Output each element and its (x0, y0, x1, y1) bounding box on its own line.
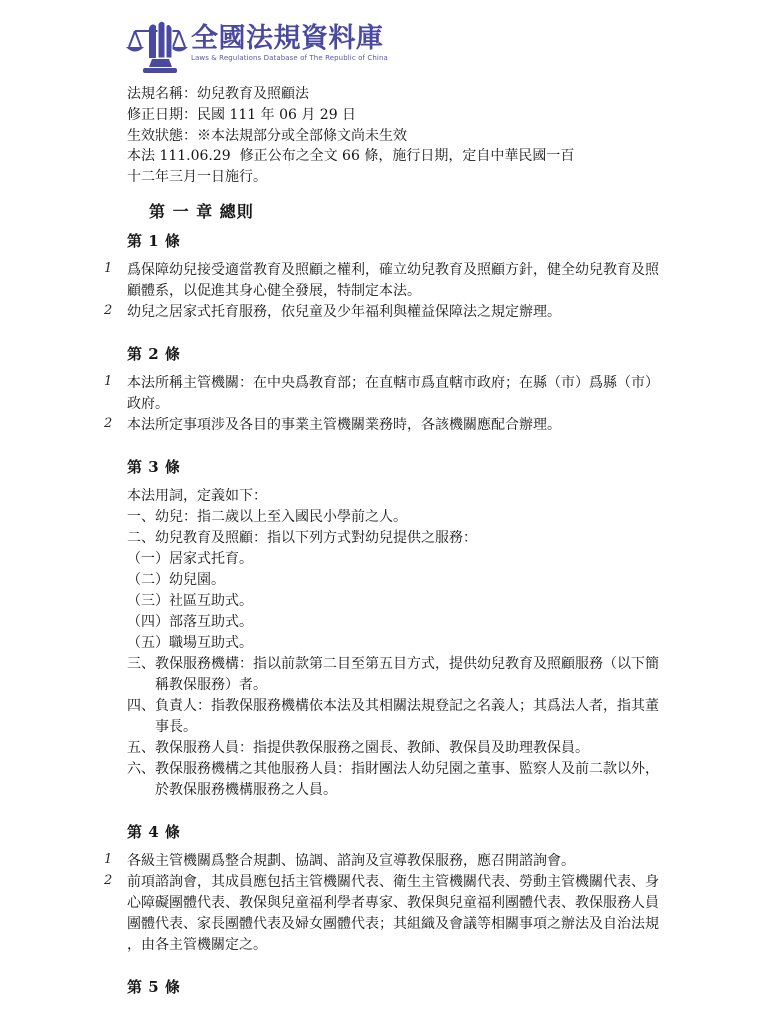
list-item-text: 五、教保服務人員：指提供教保服務之園長、教師、教保員及助理教保員。 (127, 738, 661, 759)
chapter-heading: 第 一 章 總則 (149, 201, 661, 223)
amend-date-line: 修正日期：民國 111 年 06 月 29 日 (127, 105, 661, 126)
article-5: 第 5 條 (127, 976, 661, 998)
list-item-text: 一、幼兒：指二歲以上至入國民小學前之人。 (127, 507, 661, 528)
law-paragraph: 2 本法所定事項涉及各目的事業主管機關業務時，各該機關應配合辦理。 (127, 415, 661, 436)
law-sublist-item: （一）居家式托育。 (127, 549, 661, 570)
announcement-line-2: 十二年三月一日施行。 (127, 167, 661, 188)
law-meta-block: 法規名稱：幼兒教育及照顧法 修正日期：民國 111 年 06 月 29 日 生效… (127, 84, 661, 188)
paragraph-number: 1 (104, 852, 112, 867)
law-paragraph: 2 前項諮詢會，其成員應包括主管機關代表、衛生主管機關代表、勞動主管機關代表、身… (127, 872, 661, 956)
sublist-item-text: （四）部落互助式。 (127, 612, 661, 633)
article-heading: 第 2 條 (127, 343, 661, 365)
law-sublist-item: （五）職場互助式。 (127, 633, 661, 654)
paragraph-text: 各級主管機關爲整合規劃、協調、諮詢及宣導教保服務，應召開諮詢會。 (127, 851, 661, 872)
law-list-item: 三、教保服務機構：指以前款第二目至第五目方式，提供幼兒教育及照顧服務（以下簡稱教… (127, 654, 661, 696)
law-list-item: 一、幼兒：指二歲以上至入國民小學前之人。 (127, 507, 661, 528)
paragraph-number: 1 (104, 374, 112, 389)
law-sublist-item: （二）幼兒園。 (127, 570, 661, 591)
list-item-text: 六、教保服務機構之其他服務人員：指財團法人幼兒園之董事、監察人及前二款以外，於教… (127, 759, 661, 801)
law-sublist-item: （三）社區互助式。 (127, 591, 661, 612)
paragraph-number: 1 (104, 261, 112, 276)
list-item-text: 四、負責人：指教保服務機構依本法及其相關法規登記之名義人；其爲法人者，指其董事長… (127, 696, 661, 738)
sublist-item-text: （五）職場互助式。 (127, 633, 661, 654)
law-list-item: 六、教保服務機構之其他服務人員：指財團法人幼兒園之董事、監察人及前二款以外，於教… (127, 759, 661, 801)
law-document-page: 全國法規資料庫 Laws & Regulations Database of T… (0, 0, 768, 1024)
article-heading: 第 3 條 (127, 456, 661, 478)
paragraph-text: 本法用詞，定義如下： (127, 486, 661, 507)
logo-subtitle: Laws & Regulations Database of The Repub… (191, 54, 388, 63)
article-1: 第 1 條 1 爲保障幼兒接受適當教育及照顧之權利，確立幼兒教育及照顧方針，健全… (127, 230, 661, 323)
article-2: 第 2 條 1 本法所稱主管機關：在中央爲教育部；在直轄市爲直轄市政府；在縣（市… (127, 343, 661, 436)
logo-text: 全國法規資料庫 Laws & Regulations Database of T… (191, 18, 388, 63)
paragraph-number: 2 (104, 303, 112, 318)
announcement-line-1: 本法 111.06.29 修正公布之全文 66 條，施行日期，定自中華民國一百 (127, 146, 661, 167)
paragraph-number: 2 (104, 873, 112, 888)
logo-title: 全國法規資料庫 (191, 24, 388, 54)
law-paragraph: 2 幼兒之居家式托育服務，依兒童及少年福利與權益保障法之規定辦理。 (127, 302, 661, 323)
law-list-item: 二、幼兒教育及照顧：指以下列方式對幼兒提供之服務： (127, 528, 661, 549)
law-paragraph: 1 爲保障幼兒接受適當教育及照顧之權利，確立幼兒教育及照顧方針，健全幼兒教育及照… (127, 260, 661, 302)
law-paragraph: 1 本法所稱主管機關：在中央爲教育部；在直轄市爲直轄市政府；在縣（市）爲縣（市）… (127, 373, 661, 415)
paragraph-text: 前項諮詢會，其成員應包括主管機關代表、衛生主管機關代表、勞動主管機關代表、身心障… (127, 872, 661, 956)
paragraph-text: 本法所稱主管機關：在中央爲教育部；在直轄市爲直轄市政府；在縣（市）爲縣（市）政府… (127, 373, 661, 415)
paragraph-text: 幼兒之居家式托育服務，依兒童及少年福利與權益保障法之規定辦理。 (127, 302, 661, 323)
document-content: 全國法規資料庫 Laws & Regulations Database of T… (0, 0, 661, 998)
article-heading: 第 1 條 (127, 230, 661, 252)
law-paragraph: 本法用詞，定義如下： (127, 486, 661, 507)
article-heading: 第 4 條 (127, 821, 661, 843)
effective-status-line: 生效狀態：※本法規部分或全部條文尚未生效 (127, 126, 661, 147)
law-list-item: 五、教保服務人員：指提供教保服務之園長、教師、教保員及助理教保員。 (127, 738, 661, 759)
paragraph-text: 爲保障幼兒接受適當教育及照顧之權利，確立幼兒教育及照顧方針，健全幼兒教育及照顧體… (127, 260, 661, 302)
article-4: 第 4 條 1 各級主管機關爲整合規劃、協調、諮詢及宣導教保服務，應召開諮詢會。… (127, 821, 661, 956)
law-name-line: 法規名稱：幼兒教育及照顧法 (127, 84, 661, 105)
sublist-item-text: （三）社區互助式。 (127, 591, 661, 612)
law-paragraph: 1 各級主管機關爲整合規劃、協調、諮詢及宣導教保服務，應召開諮詢會。 (127, 851, 661, 872)
law-list-item: 四、負責人：指教保服務機構依本法及其相關法規登記之名義人；其爲法人者，指其董事長… (127, 696, 661, 738)
article-heading: 第 5 條 (127, 976, 661, 998)
sublist-item-text: （二）幼兒園。 (127, 570, 661, 591)
site-logo: 全國法規資料庫 Laws & Regulations Database of T… (125, 18, 661, 78)
paragraph-text: 本法所定事項涉及各目的事業主管機關業務時，各該機關應配合辦理。 (127, 415, 661, 436)
list-item-text: 三、教保服務機構：指以前款第二目至第五目方式，提供幼兒教育及照顧服務（以下簡稱教… (127, 654, 661, 696)
paragraph-number: 2 (104, 416, 112, 431)
sublist-item-text: （一）居家式托育。 (127, 549, 661, 570)
list-item-text: 二、幼兒教育及照顧：指以下列方式對幼兒提供之服務： (127, 528, 661, 549)
article-3: 第 3 條 本法用詞，定義如下： 一、幼兒：指二歲以上至入國民小學前之人。 二、… (127, 456, 661, 801)
law-sublist-item: （四）部落互助式。 (127, 612, 661, 633)
scales-book-icon (125, 18, 189, 76)
